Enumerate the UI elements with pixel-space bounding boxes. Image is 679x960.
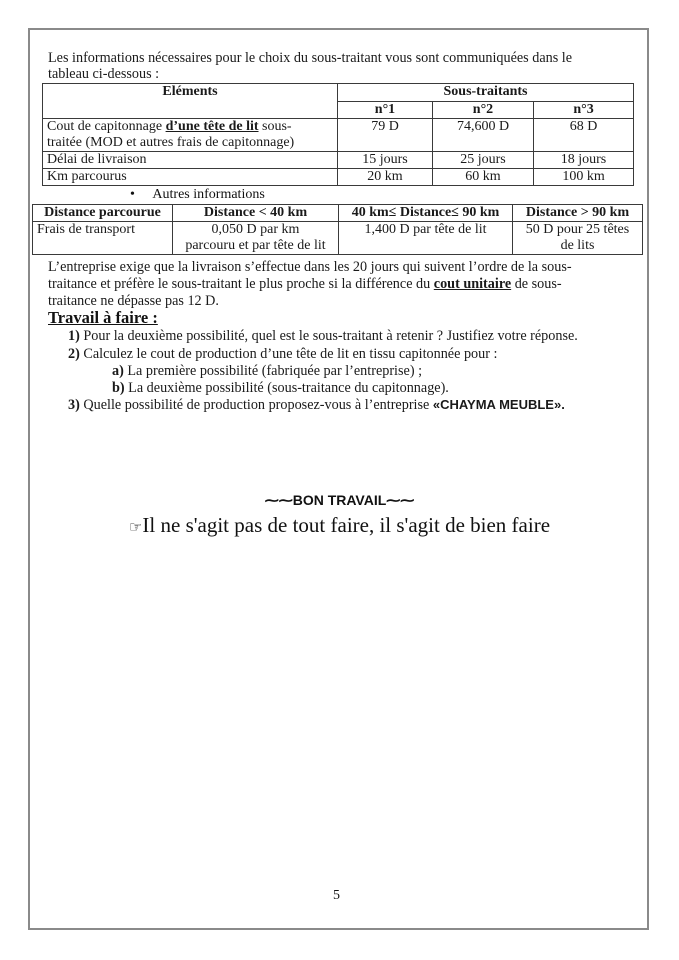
header-n2: n°2	[433, 101, 534, 119]
header-subcontractors: Sous-traitants	[338, 84, 634, 102]
header-n3: n°3	[534, 101, 634, 119]
other-info-label: Autres informations	[152, 187, 264, 202]
requirement-line-2: traitance et préfère le sous-traitant le…	[48, 276, 562, 292]
requirement-line-1: L’entreprise exige que la livraison s’ef…	[48, 259, 572, 275]
question-1: 1) Pour la deuxième possibilité, quel es…	[68, 328, 578, 344]
row-label-cost: Cout de capitonnage d’une tête de lit so…	[43, 119, 338, 152]
question-3: 3) Quelle possibilité de production prop…	[68, 397, 565, 413]
subcontractor-table: Eléments Sous-traitants n°1 n°2 n°3 Cout…	[42, 83, 634, 186]
closing-quote: ☞Il ne s'agit pas de tout faire, il s'ag…	[0, 513, 679, 538]
header-gt-90: Distance > 90 km	[513, 205, 643, 222]
cell-delay-n1: 15 jours	[338, 152, 433, 169]
cell-cost-n1: 79 D	[338, 119, 433, 152]
header-elements: Eléments	[43, 84, 338, 119]
ornament-right-icon: ⁓⁓	[386, 492, 414, 508]
cell-cost-n2: 74,600 D	[433, 119, 534, 152]
table-row: Frais de transport 0,050 D par kmparcour…	[33, 222, 643, 255]
bullet-icon: •	[130, 187, 135, 202]
intro-line-2: tableau ci-dessous :	[48, 66, 159, 82]
intro-line-1: Les informations nécessaires pour le cho…	[48, 50, 572, 66]
cell-delay-n2: 25 jours	[433, 152, 534, 169]
table-row: Délai de livraison 15 jours 25 jours 18 …	[43, 152, 634, 169]
cell-km-n2: 60 km	[433, 169, 534, 186]
header-distance: Distance parcourue	[33, 205, 173, 222]
table-row: Km parcourus 20 km 60 km 100 km	[43, 169, 634, 186]
work-heading: Travail à faire :	[48, 308, 158, 328]
other-info-line: • Autres informations	[130, 187, 265, 203]
cell-lt-40: 0,050 D par kmparcouru et par tête de li…	[173, 222, 339, 255]
cell-40-90: 1,400 D par tête de lit	[339, 222, 513, 255]
cell-gt-90: 50 D pour 25 têtesde lits	[513, 222, 643, 255]
question-2: 2) Calculez le cout de production d’une …	[68, 346, 497, 362]
row-label-transport: Frais de transport	[33, 222, 173, 255]
page-number: 5	[333, 888, 340, 904]
row-label-km: Km parcourus	[43, 169, 338, 186]
row-label-delay: Délai de livraison	[43, 152, 338, 169]
header-40-90: 40 km≤ Distance≤ 90 km	[339, 205, 513, 222]
cell-km-n3: 100 km	[534, 169, 634, 186]
cell-cost-n3: 68 D	[534, 119, 634, 152]
ornament-left-icon: ⁓⁓	[265, 492, 293, 508]
pointing-hand-icon: ☞	[129, 518, 142, 536]
cell-delay-n3: 18 jours	[534, 152, 634, 169]
bon-travail: ⁓⁓BON TRAVAIL⁓⁓	[0, 492, 679, 509]
requirement-line-3: traitance ne dépasse pas 12 D.	[48, 293, 219, 309]
question-2a: a) La première possibilité (fabriquée pa…	[112, 363, 422, 379]
cell-km-n1: 20 km	[338, 169, 433, 186]
header-n1: n°1	[338, 101, 433, 119]
table-row: Cout de capitonnage d’une tête de lit so…	[43, 119, 634, 152]
question-2b: b) La deuxième possibilité (sous-traitan…	[112, 380, 449, 396]
transport-cost-table: Distance parcourue Distance < 40 km 40 k…	[32, 204, 643, 255]
header-lt-40: Distance < 40 km	[173, 205, 339, 222]
